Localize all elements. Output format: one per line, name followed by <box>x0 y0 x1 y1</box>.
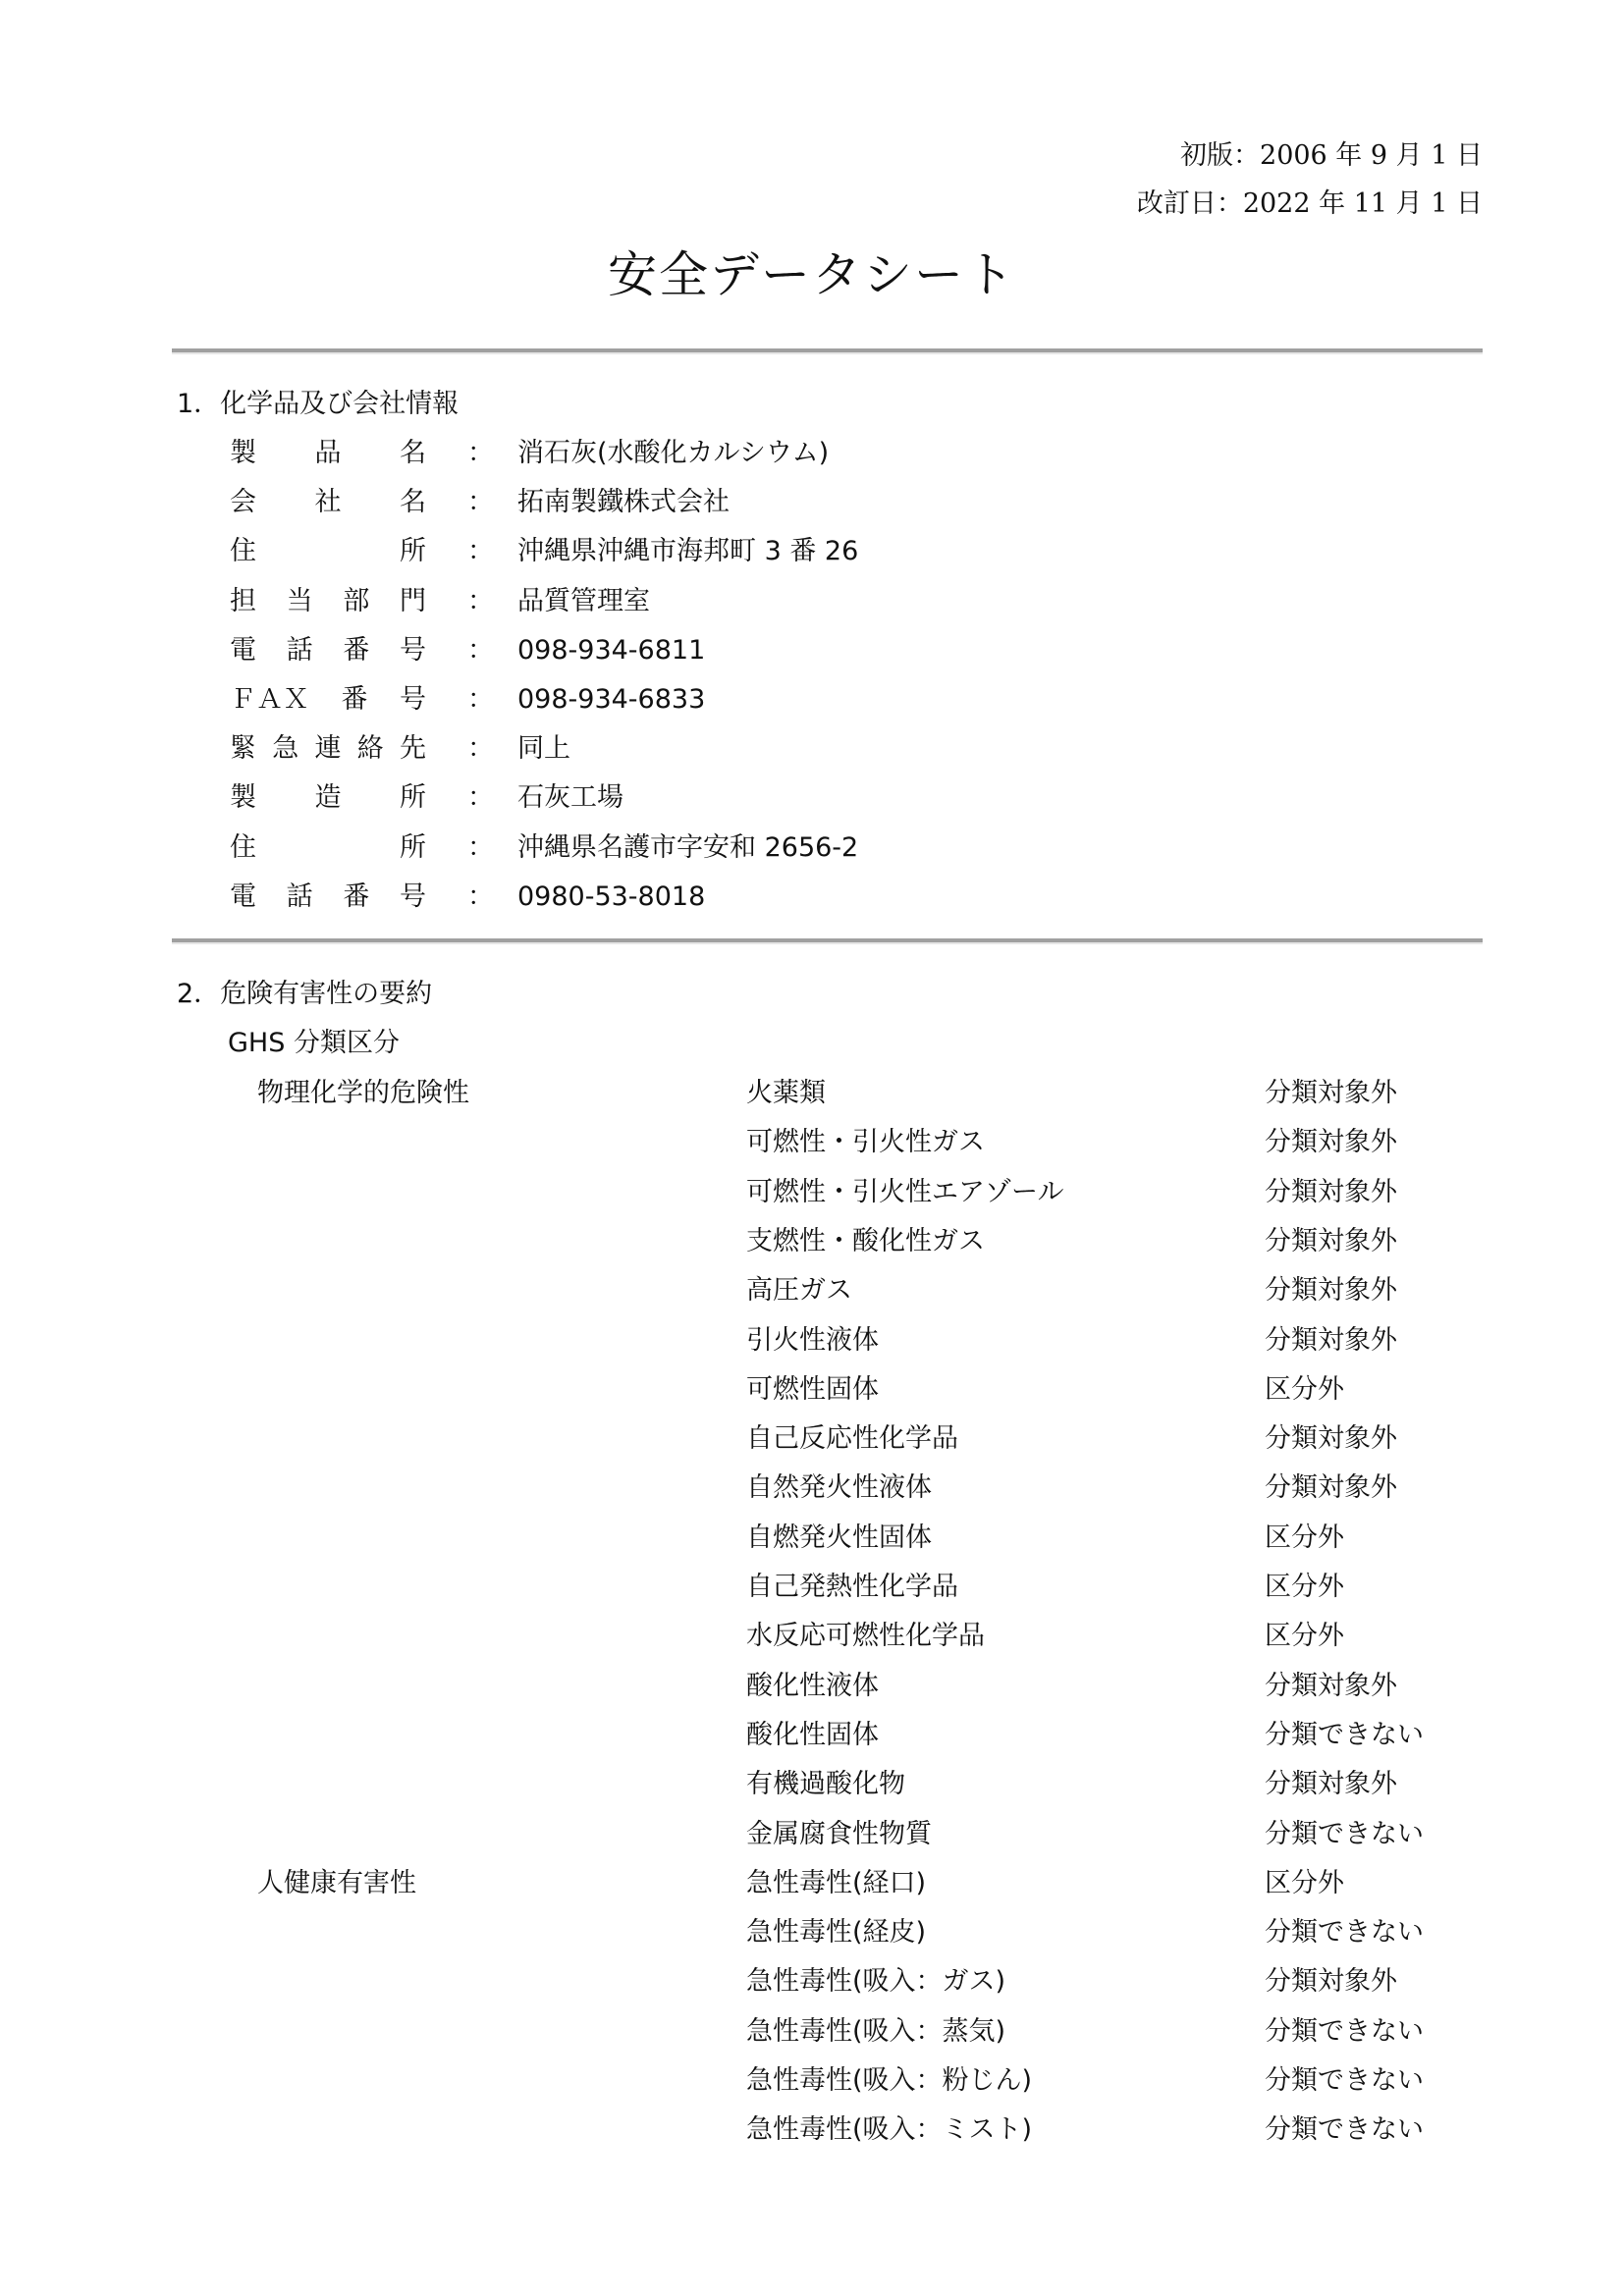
field-label-char: 番 <box>343 634 369 667</box>
field-label: 電話番号 <box>230 881 426 914</box>
field-label-char: 名 <box>400 437 426 470</box>
field-value: 石灰工場 <box>517 781 623 815</box>
classification-result: 区分外 <box>1265 1867 1344 1900</box>
field-label-char: 部 <box>343 585 369 618</box>
classification-result: 分類できない <box>1265 1818 1424 1851</box>
classification-result: 分類できない <box>1265 2015 1424 2049</box>
field-colon: ： <box>467 486 494 519</box>
field-colon: ： <box>467 881 494 914</box>
field-label-char: 連 <box>315 732 342 766</box>
field-label: 製造所 <box>230 781 426 815</box>
field-label-char: 電 <box>230 881 256 914</box>
field-label-char: 号 <box>400 634 426 667</box>
field-value: 同上 <box>517 732 570 766</box>
classification-result: 分類対象外 <box>1265 1176 1397 1209</box>
document-title: 安全データシート <box>0 245 1624 304</box>
classification-result: 分類対象外 <box>1265 1077 1397 1110</box>
classification-result: 分類対象外 <box>1265 1965 1397 1999</box>
field-colon: ： <box>467 683 494 717</box>
field-colon: ： <box>467 585 494 618</box>
field-value: 098-934-6833 <box>517 683 705 717</box>
field-label-char: 絡 <box>357 732 384 766</box>
classification-result: 分類対象外 <box>1265 1422 1397 1456</box>
field-label-char: 担 <box>230 585 256 618</box>
field-label-char: 緊 <box>230 732 256 766</box>
field-label-char: 社 <box>315 486 342 519</box>
field-value: 沖縄県沖縄市海邦町 3 番 26 <box>517 535 858 568</box>
hazard-item: 自己発熱性化学品 <box>746 1571 958 1604</box>
field-label-char: 製 <box>230 437 256 470</box>
field-colon: ： <box>467 634 494 667</box>
field-label-char: 話 <box>287 881 313 914</box>
classification-result: 分類できない <box>1265 1719 1424 1752</box>
hazard-item: 急性毒性(経皮) <box>746 1916 926 1949</box>
field-label-char: 先 <box>400 732 426 766</box>
field-label: 住所 <box>230 831 426 865</box>
hazard-item: 高圧ガス <box>746 1274 852 1308</box>
field-label: 製品名 <box>230 437 426 470</box>
classification-result: 区分外 <box>1265 1620 1344 1653</box>
hazard-item: 自己反応性化学品 <box>746 1422 958 1456</box>
field-label-char: 急 <box>272 732 298 766</box>
field-colon: ： <box>467 831 494 865</box>
hazard-item: 引火性液体 <box>746 1324 879 1358</box>
field-value: 沖縄県名護市字安和 2656-2 <box>517 831 858 865</box>
hazard-item: 急性毒性(経口) <box>746 1867 926 1900</box>
hazard-item: 酸化性液体 <box>746 1670 879 1703</box>
classification-result: 区分外 <box>1265 1373 1344 1407</box>
hazard-item: 可燃性・引火性ガス <box>746 1126 985 1159</box>
hazard-item: 可燃性・引火性エアゾール <box>746 1176 1063 1209</box>
field-label: 住所 <box>230 535 426 568</box>
field-value: 品質管理室 <box>517 585 650 618</box>
classification-result: 分類対象外 <box>1265 1225 1397 1258</box>
ghs-classification-label: GHS 分類区分 <box>228 1027 400 1060</box>
field-colon: ： <box>467 535 494 568</box>
field-label-char: 番 <box>343 881 369 914</box>
field-label: 電話番号 <box>230 634 426 667</box>
hazard-item: 水反応可燃性化学品 <box>746 1620 985 1653</box>
field-label-char: 所 <box>400 831 426 865</box>
hazard-item: 自然発火性液体 <box>746 1471 932 1505</box>
field-label-char: 製 <box>230 781 256 815</box>
field-label-char: 号 <box>400 683 426 717</box>
divider <box>172 348 1483 352</box>
field-label-char: 番 <box>342 683 368 717</box>
section-2-heading: 2．危険有害性の要約 <box>177 978 432 1011</box>
section-1-heading: 1．化学品及び会社情報 <box>177 388 459 421</box>
hazard-item: 支燃性・酸化性ガス <box>746 1225 985 1258</box>
hazard-item: 火薬類 <box>746 1077 826 1110</box>
field-label-char: 会 <box>230 486 256 519</box>
field-label-char: 所 <box>400 535 426 568</box>
field-label-char: 当 <box>287 585 313 618</box>
field-value: 0980-53-8018 <box>517 881 705 914</box>
classification-result: 分類対象外 <box>1265 1471 1397 1505</box>
hazard-item: 急性毒性(吸入：粉じん) <box>746 2064 1032 2098</box>
field-label-char: ＦＡＸ <box>230 683 309 717</box>
field-label-char: 造 <box>315 781 342 815</box>
classification-result: 分類対象外 <box>1265 1274 1397 1308</box>
field-value: 消石灰(水酸化カルシウム) <box>517 437 829 470</box>
classification-result: 分類対象外 <box>1265 1768 1397 1801</box>
field-value: 098-934-6811 <box>517 634 705 667</box>
hazard-item: 急性毒性(吸入：ガス) <box>746 1965 1005 1999</box>
field-label-char: 話 <box>287 634 313 667</box>
field-label: 会社名 <box>230 486 426 519</box>
field-label-char: 住 <box>230 535 256 568</box>
field-value: 拓南製鐵株式会社 <box>517 486 730 519</box>
field-label: 担当部門 <box>230 585 426 618</box>
hazard-item: 金属腐食性物質 <box>746 1818 932 1851</box>
field-label-char: 所 <box>400 781 426 815</box>
classification-result: 分類対象外 <box>1265 1670 1397 1703</box>
hazard-category: 人健康有害性 <box>257 1867 416 1900</box>
hazard-item: 急性毒性(吸入：蒸気) <box>746 2015 1005 2049</box>
field-colon: ： <box>467 781 494 815</box>
classification-result: 分類対象外 <box>1265 1324 1397 1358</box>
classification-result: 分類できない <box>1265 2113 1424 2147</box>
hazard-item: 急性毒性(吸入：ミスト) <box>746 2113 1032 2147</box>
classification-result: 区分外 <box>1265 1571 1344 1604</box>
field-label-char: 住 <box>230 831 256 865</box>
first-edition-date: 初版：2006 年 9 月 1 日 <box>1180 140 1483 172</box>
hazard-item: 可燃性固体 <box>746 1373 879 1407</box>
revised-date: 改訂日：2022 年 11 月 1 日 <box>1137 188 1483 220</box>
hazard-item: 酸化性固体 <box>746 1719 879 1752</box>
classification-result: 分類できない <box>1265 1916 1424 1949</box>
field-label-char: 号 <box>400 881 426 914</box>
field-label-char: 名 <box>400 486 426 519</box>
divider <box>172 938 1483 942</box>
field-colon: ： <box>467 732 494 766</box>
field-label-char: 門 <box>400 585 426 618</box>
classification-result: 区分外 <box>1265 1522 1344 1555</box>
hazard-category: 物理化学的危険性 <box>257 1077 469 1110</box>
field-label-char: 品 <box>315 437 342 470</box>
field-label: 緊急連絡先 <box>230 732 426 766</box>
hazard-item: 有機過酸化物 <box>746 1768 905 1801</box>
field-label: ＦＡＸ番号 <box>230 683 426 717</box>
classification-result: 分類対象外 <box>1265 1126 1397 1159</box>
field-colon: ： <box>467 437 494 470</box>
field-label-char: 電 <box>230 634 256 667</box>
hazard-item: 自燃発火性固体 <box>746 1522 932 1555</box>
classification-result: 分類できない <box>1265 2064 1424 2098</box>
